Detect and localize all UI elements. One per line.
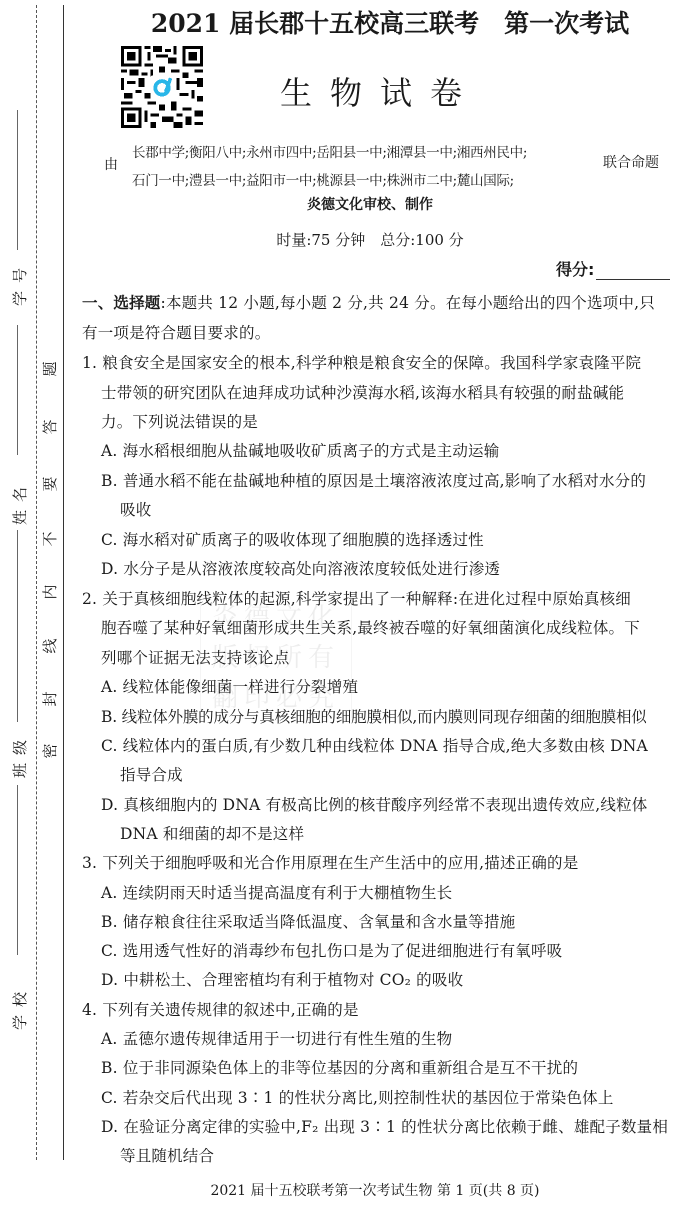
option-d[interactable]: D. 中耕松土、合理密植均有利于植物对 CO₂ 的吸收	[101, 968, 463, 990]
name-field-line[interactable]	[17, 325, 18, 455]
question-stem: 士带领的研究团队在迪拜成功试种沙漠海水稻,该海水稻具有较强的耐盐碱能	[101, 381, 624, 403]
option-d[interactable]: D. 水分子是从溶液浓度较高处向溶液浓度较低处进行渗透	[101, 557, 500, 579]
option-b[interactable]: B. 位于非同源染色体上的非等位基因的分离和重新组合是互不干扰的	[101, 1056, 578, 1078]
student-id-field-line[interactable]	[17, 110, 18, 250]
section-title: 一、选择题	[82, 294, 161, 312]
maker-credit: 炎德文化审校、制作	[200, 194, 540, 214]
option-a[interactable]: A. 海水稻根细胞从盐碱地吸收矿质离子的方式是主动运输	[101, 439, 499, 461]
score-field: 得分:	[556, 257, 670, 280]
option-c[interactable]: C. 线粒体内的蛋白质,有少数几种由线粒体 DNA 指导合成,绝大多数由核 DN…	[101, 734, 648, 756]
option-c[interactable]: C. 海水稻对矿质离子的吸收体现了细胞膜的选择透过性	[101, 528, 484, 550]
time-and-score-info: 时量:75 分钟 总分:100 分	[200, 229, 540, 250]
question-stem: 2. 关于真核细胞线粒体的起源,科学家提出了一种解释:在进化过程中原始真核细	[82, 587, 631, 609]
binding-dashed-line	[36, 5, 37, 1160]
option-d[interactable]: D. 真核细胞内的 DNA 有极高比例的核苷酸序列经常不表现出遗传效应,线粒体	[101, 793, 648, 815]
option-b[interactable]: B. 线粒体外膜的成分与真核细胞的细胞膜相似,而内膜则同现存细菌的细胞膜相似	[101, 705, 647, 727]
option-d-cont[interactable]: DNA 和细菌的却不是这样	[120, 822, 304, 844]
student-id-label: 学号	[10, 266, 30, 306]
option-a[interactable]: A. 孟德尔遗传规律适用于一切进行有性生殖的生物	[101, 1027, 452, 1049]
option-a[interactable]: A. 连续阴雨天时适当提高温度有利于大棚植物生长	[101, 881, 452, 903]
seal-char: 答	[41, 418, 59, 436]
seal-char: 内	[41, 583, 59, 601]
seal-char: 不	[41, 530, 59, 548]
question-stem: 3. 下列关于细胞呼吸和光合作用原理在生产生活中的应用,描述正确的是	[82, 851, 578, 873]
subject-title: 生物试卷	[260, 68, 500, 114]
option-d[interactable]: D. 在验证分离定律的实验中,F₂ 出现 3∶1 的性状分离比依赖于雌、雄配子数…	[101, 1115, 668, 1137]
option-c[interactable]: C. 选用透气性好的消毒纱布包扎伤口是为了促进细胞进行有氧呼吸	[101, 939, 562, 961]
section-instructions-cont: 有一项是符合题目要求的。	[82, 321, 270, 343]
option-b-cont[interactable]: 吸收	[120, 498, 151, 520]
name-label: 姓名	[10, 485, 30, 525]
option-d-cont[interactable]: 等且随机结合	[120, 1144, 214, 1166]
school-label: 学校	[10, 990, 30, 1030]
option-c[interactable]: C. 若杂交后代出现 3∶1 的性状分离比,则控制性状的基因位于常染色体上	[101, 1086, 614, 1108]
question-stem: 胞吞噬了某种好氧细菌形成共生关系,最终被吞噬的好氧细菌演化成线粒体。下	[101, 616, 640, 638]
section-header: 一、选择题:本题共 12 小题,每小题 2 分,共 24 分。在每小题给出的四个…	[82, 291, 655, 313]
question-stem: 列哪个证据无法支持该论点	[101, 646, 289, 668]
seal-char: 密	[41, 742, 59, 760]
by-label: 由	[104, 154, 118, 174]
option-b[interactable]: B. 储存粮食往往采取适当降低温度、含氧量和含水量等措施	[101, 910, 515, 932]
option-a[interactable]: A. 线粒体能像细菌一样进行分裂增殖	[101, 675, 358, 697]
qr-code-icon[interactable]	[118, 42, 206, 132]
seal-char: 线	[41, 637, 59, 655]
section-instructions: :本题共 12 小题,每小题 2 分,共 24 分。在每小题给出的四个选项中,只	[161, 294, 655, 312]
schools-line-1: 长郡中学;衡阳八中;永州市四中;岳阳县一中;湘潭县一中;湘西州民中;	[132, 141, 527, 161]
binding-solid-line	[63, 5, 64, 1160]
question-stem: 力。下列说法错误的是	[101, 410, 258, 432]
score-label: 得分:	[556, 260, 594, 279]
score-input-line[interactable]	[596, 263, 670, 280]
option-b[interactable]: B. 普通水稻不能在盐碱地种植的原因是土壤溶液浓度过高,影响了水稻对水分的	[101, 469, 646, 491]
joint-proposition-label: 联合命题	[603, 152, 659, 172]
option-c-cont[interactable]: 指导合成	[120, 763, 183, 785]
question-stem: 4. 下列有关遗传规律的叙述中,正确的是	[82, 998, 359, 1020]
school-field-line[interactable]	[17, 785, 18, 955]
seal-char: 要	[41, 475, 59, 493]
question-stem: 1. 粮食安全是国家安全的根本,科学种粮是粮食安全的保障。我国科学家袁隆平院	[82, 351, 641, 373]
exam-title: 2021 届长郡十五校高三联考 第一次考试	[130, 4, 650, 40]
seal-char: 题	[41, 360, 59, 378]
schools-line-2: 石门一中;澧县一中;益阳市一中;桃源县一中;株洲市二中;麓山国际;	[132, 169, 514, 189]
class-label: 班级	[10, 738, 30, 778]
page-footer: 2021 届十五校联考第一次考试生物 第 1 页(共 8 页)	[150, 1180, 600, 1200]
seal-char: 封	[41, 690, 59, 708]
class-field-line[interactable]	[17, 530, 18, 722]
